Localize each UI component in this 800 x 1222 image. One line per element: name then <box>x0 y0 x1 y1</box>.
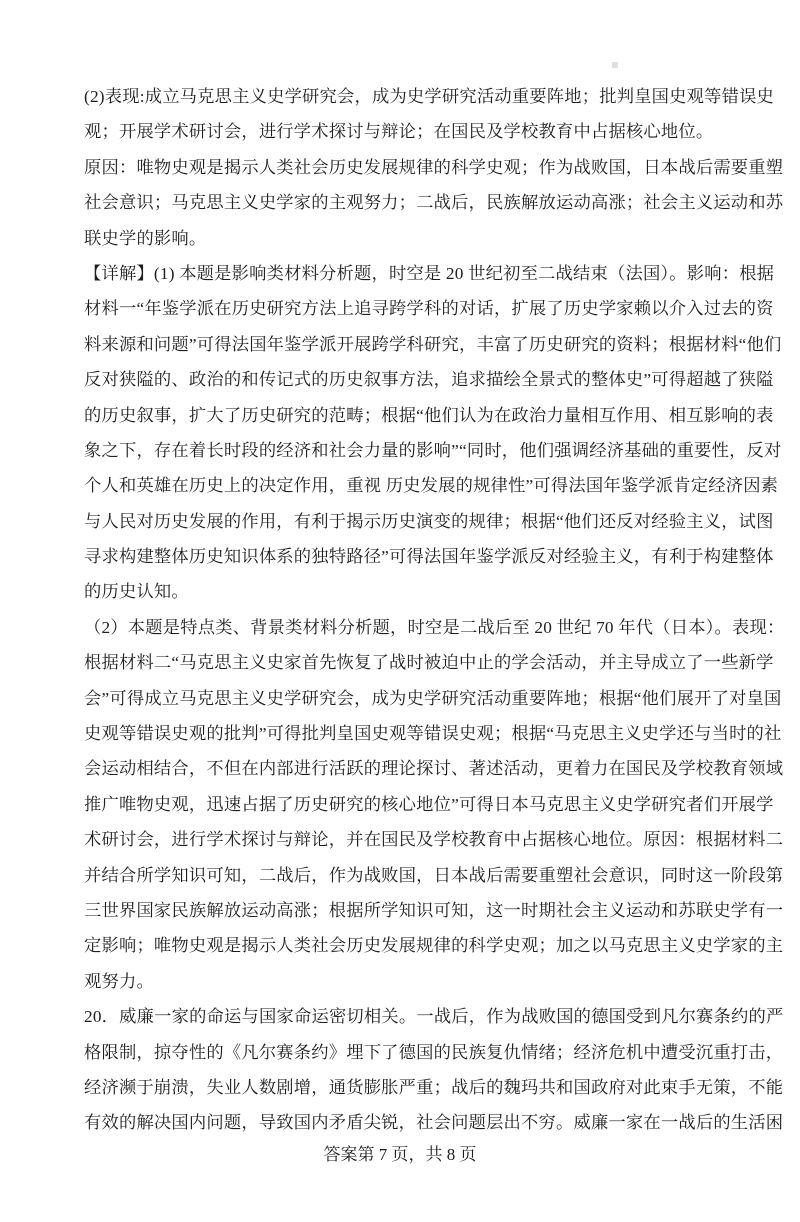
text-line: 联史学的影响。 <box>84 221 736 256</box>
text-line: 【详解】(1) 本题是影响类材料分析题，时空是 20 世纪初至二战结束（法国）。… <box>84 256 736 291</box>
text-line: 观；开展学术研讨会，进行学术探讨与辩论；在国民及学校教育中占据核心地位。 <box>84 114 736 149</box>
text-line: 20．威廉一家的命运与国家命运密切相关。一战后，作为战败国的德国受到凡尔赛条约的… <box>84 999 736 1034</box>
text-line: 术研讨会，进行学术探讨与辩论，并在国民及学校教育中占据核心地位。原因：根据材料二 <box>84 822 736 857</box>
text-line: 象之下，存在着长时段的经济和社会力量的影响”“同时，他们强调经济基础的重要性，反… <box>84 433 736 468</box>
text-line: 会”可得成立马克思主义史学研究会，成为史学研究活动重要阵地；根据“他们展开了对皇… <box>84 681 736 716</box>
text-line: 料来源和问题”可得法国年鉴学派开展跨学科研究，丰富了历史研究的资料；根据材料“他… <box>84 327 736 362</box>
text-line: 个人和英雄在历史上的决定作用，重视 历史发展的规律性”可得法国年鉴学派肯定经济因… <box>84 468 736 503</box>
answer-document-page: (2)表现:成立马克思主义史学研究会，成为史学研究活动重要阵地；批判皇国史观等错… <box>0 0 800 1222</box>
text-line: 原因：唯物史观是揭示人类社会历史发展规律的科学史观；作为战败国，日本战后需要重塑 <box>84 150 736 185</box>
text-line: （2）本题是特点类、背景类材料分析题，时空是二战后至 20 世纪 70 年代（日… <box>84 610 736 645</box>
text-line: (2)表现:成立马克思主义史学研究会，成为史学研究活动重要阵地；批判皇国史观等错… <box>84 79 736 114</box>
text-line: 与人民对历史发展的作用，有利于揭示历史演变的规律；根据“他们还反对经验主义，试图 <box>84 504 736 539</box>
text-line: 格限制，掠夺性的《凡尔赛条约》埋下了德国的民族复仇情绪；经济危机中遭受沉重打击， <box>84 1035 736 1070</box>
text-line: 观努力。 <box>84 964 736 999</box>
text-line: 社会意识；马克思主义史学家的主观努力；二战后，民族解放运动高涨；社会主义运动和苏 <box>84 185 736 220</box>
text-line: 寻求构建整体历史知识体系的独特路径”可得法国年鉴学派反对经验主义，有利于构建整体 <box>84 539 736 574</box>
text-line: 经济濒于崩溃，失业人数剧增，通货膨胀严重；战后的魏玛共和国政府对此束手无策，不能 <box>84 1070 736 1105</box>
text-line: 并结合所学知识可知，二战后，作为战败国，日本战后需要重塑社会意识，同时这一阶段第 <box>84 858 736 893</box>
text-line: 史观等错误史观的批判”可得批判皇国史观等错误史观；根据“马克思主义史学还与当时的… <box>84 716 736 751</box>
document-body-text: (2)表现:成立马克思主义史学研究会，成为史学研究活动重要阵地；批判皇国史观等错… <box>84 79 736 1141</box>
text-line: 有效的解决国内问题，导致国内矛盾尖锐，社会问题层出不穷。威廉一家在一战后的生活困 <box>84 1105 736 1140</box>
page-number-footer: 答案第 7 页，共 8 页 <box>0 1144 800 1166</box>
text-line: 反对狭隘的、政治的和传记式的历史叙事方法，追求描绘全景式的整体史”可得超越了狭隘 <box>84 362 736 397</box>
text-line: 三世界国家民族解放运动高涨；根据所学知识可知，这一时期社会主义运动和苏联史学有一 <box>84 893 736 928</box>
scan-artifact-mark <box>612 62 618 68</box>
text-line: 材料一“年鉴学派在历史研究方法上追寻跨学科的对话，扩展了历史学家赖以介入过去的资 <box>84 291 736 326</box>
text-line: 推广唯物史观，迅速占据了历史研究的核心地位”可得日本马克思主义史学研究者们开展学 <box>84 787 736 822</box>
text-line: 会运动相结合，不但在内部进行活跃的理论探讨、著述活动，更着力在国民及学校教育领域 <box>84 751 736 786</box>
text-line: 的历史叙事，扩大了历史研究的范畴；根据“他们认为在政治力量相互作用、相互影响的表 <box>84 398 736 433</box>
text-line: 定影响；唯物史观是揭示人类社会历史发展规律的科学史观；加之以马克思主义史学家的主 <box>84 928 736 963</box>
text-line: 根据材料二“马克思主义史家首先恢复了战时被迫中止的学会活动，并主导成立了一些新学 <box>84 645 736 680</box>
text-line: 的历史认知。 <box>84 574 736 609</box>
